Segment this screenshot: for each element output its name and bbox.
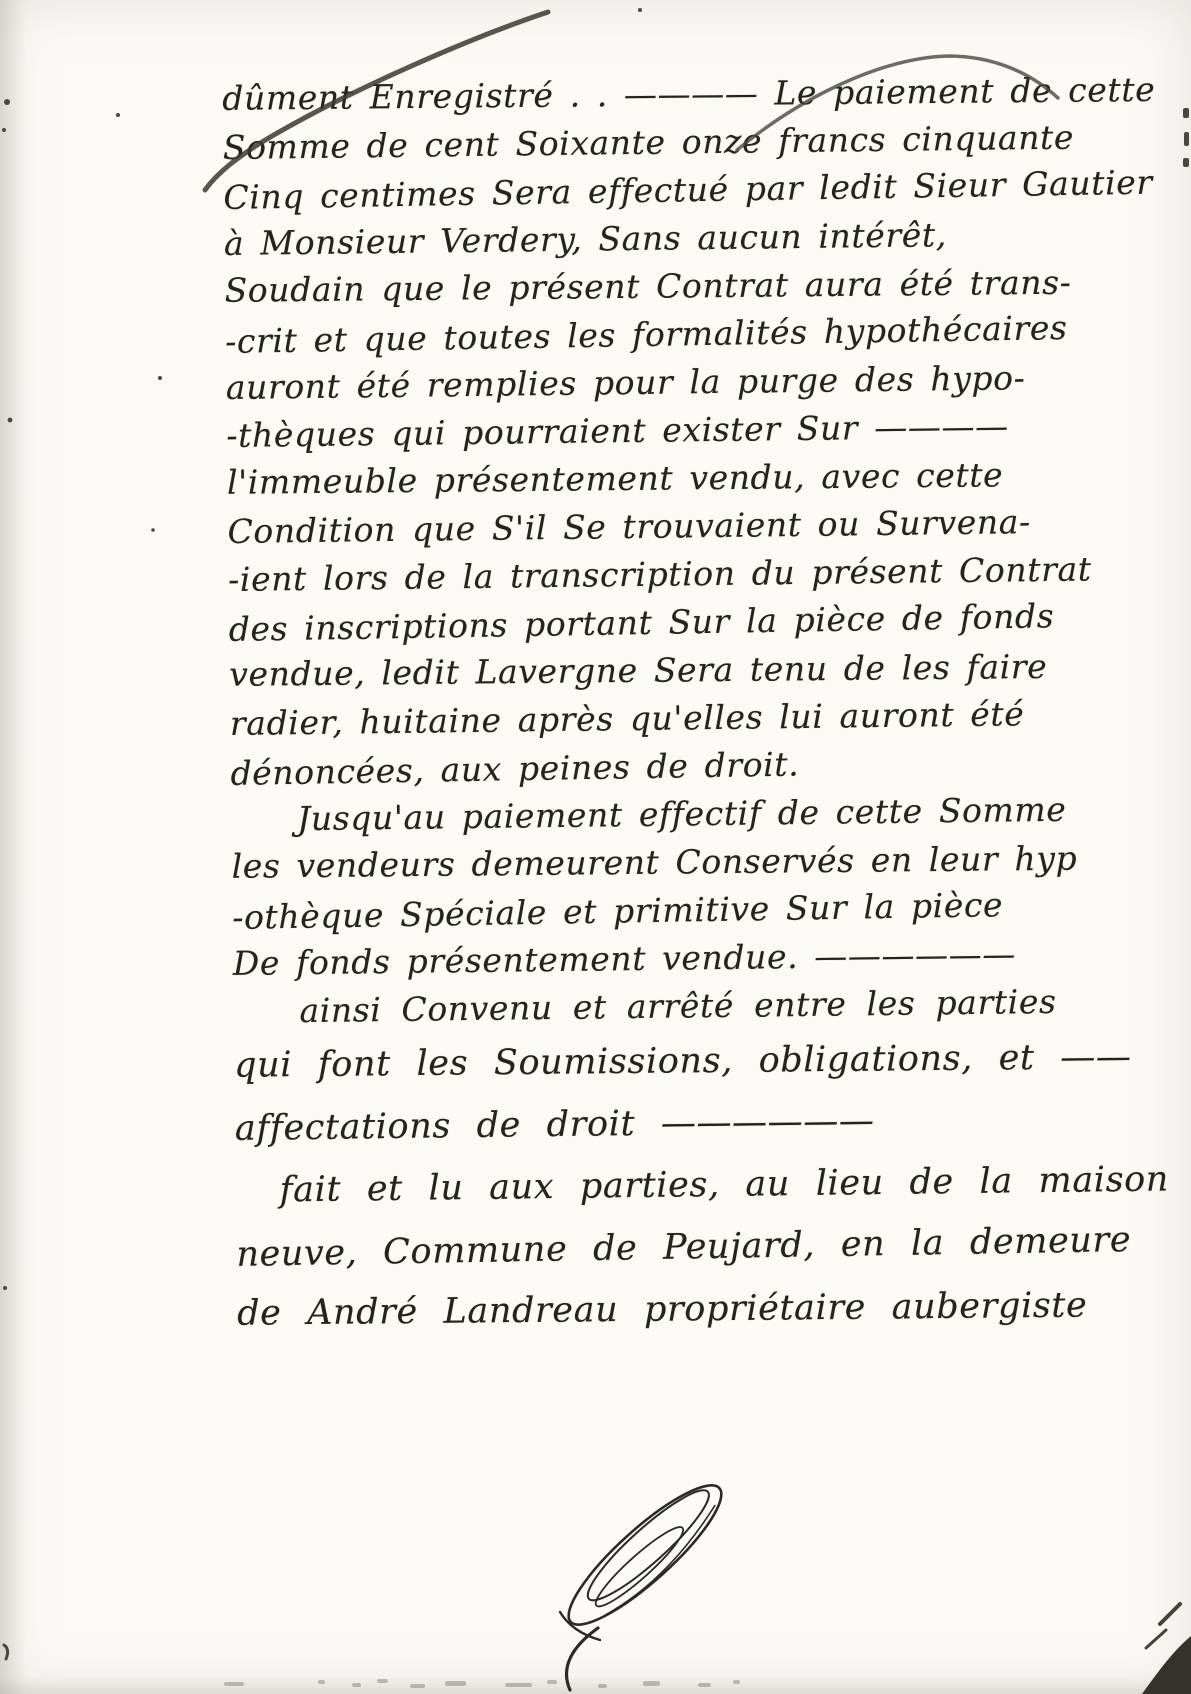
- corner-stain: [1142, 1604, 1191, 1694]
- manuscript-line: affectations de droit ——————: [234, 1087, 1135, 1160]
- left-edge-shading: [0, 0, 26, 1694]
- bottom-smudges: [224, 1679, 740, 1688]
- manuscript-line: de André Landreau propriétaire aubergist…: [237, 1274, 1138, 1345]
- manuscript-text: dûment Enregistré . . ———— Le paiement d…: [222, 65, 1137, 1346]
- manuscript-line: qui font les Soumissions, obligations, e…: [234, 1026, 1135, 1097]
- manuscript-line: vendue, ledit Lavergne Sera tenu de les …: [229, 642, 1129, 699]
- bottom-edge-shading: [0, 1676, 1191, 1694]
- paraph-scribble: [553, 1469, 736, 1690]
- manuscript-line: neuve, Commune de Peujard, en la demeure: [236, 1209, 1137, 1286]
- manuscript-line: dûment Enregistré . . ———— Le paiement d…: [222, 66, 1122, 123]
- manuscript-page: dûment Enregistré . . ———— Le paiement d…: [0, 0, 1191, 1694]
- manuscript-line: l'immeuble présentement vendu, avec cett…: [227, 450, 1127, 507]
